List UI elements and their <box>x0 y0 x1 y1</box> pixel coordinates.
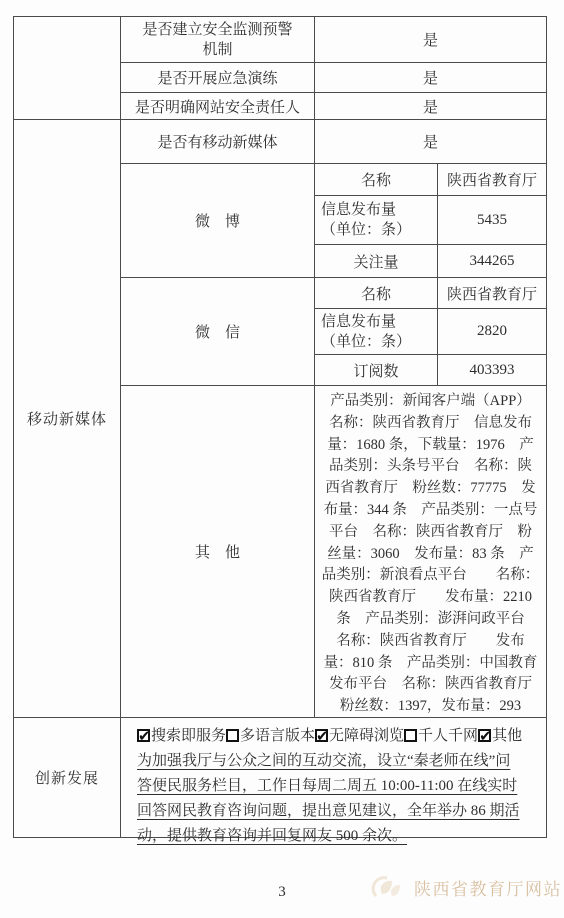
wechat-block: 微 信 名称 陕西省教育厅 信息发布量 （单位：条） 2820 订阅数 4033 <box>121 278 546 386</box>
innovation-text-line: 为加强我厅与公众之间的互动交流，设立“秦老师在线”问 <box>137 749 536 774</box>
emergency-drill-value: 是 <box>315 63 546 92</box>
checkbox-other-icon <box>478 729 491 742</box>
innovation-text-line: 答便民服务栏目，工作日每周二周五 10:00-11:00 在线实时 <box>137 774 536 799</box>
other-text-line: 丝量：3060 发布量：83 条 产 <box>315 544 546 566</box>
category-mobile-media: 移动新媒体 <box>14 120 121 717</box>
table-row: 信息发布量 （单位：条） 2820 <box>315 309 546 355</box>
has-mobile-media-value: 是 <box>315 120 546 163</box>
other-text-line: 名称：陕西省教育厅 发布 <box>315 631 546 653</box>
other-text-line: 量：1680 条，下载量：1976 产 <box>315 435 546 457</box>
watermark: 陕西省教育厅网站 <box>370 874 562 900</box>
category-innovation: 创新发展 <box>14 718 121 837</box>
wechat-posts-value: 2820 <box>438 309 546 354</box>
document-page: 是否建立安全监测预警 机制 是 是否开展应急演练 是 是否明确网站安全责任人 是… <box>0 0 564 918</box>
weibo-posts-value: 5435 <box>438 196 546 244</box>
security-person-label: 是否明确网站安全责任人 <box>121 93 315 119</box>
weibo-posts-label: 信息发布量 （单位：条） <box>315 196 438 244</box>
table-row: 关注量 344265 <box>315 245 546 277</box>
wechat-subscribers-value: 403393 <box>438 355 546 385</box>
table-row: 是否明确网站安全责任人 是 <box>121 93 546 119</box>
other-text-line: 产品类别：新闻客户端（APP） <box>315 391 546 413</box>
innovation-content: 搜索即服务多语言版本无障碍浏览千人千网其他 为加强我厅与公众之间的互动交流，设立… <box>121 718 546 837</box>
wechat-subscribers-label: 订阅数 <box>315 355 438 385</box>
checkbox-personalized-icon <box>404 729 417 742</box>
weibo-name-value: 陕西省教育厅 <box>438 164 546 195</box>
security-person-value: 是 <box>315 93 546 119</box>
checkbox-item: 无障碍浏览 <box>315 728 404 744</box>
wechat-name-label: 名称 <box>315 278 438 308</box>
other-text-line: 西省教育厅 粉丝数：77775 发 <box>315 478 546 500</box>
other-text-line: 粉丝数：1397，发布量：293 <box>315 696 546 718</box>
watermark-text: 陕西省教育厅网站 <box>414 875 562 900</box>
checkbox-item: 千人千网 <box>404 728 478 744</box>
table-row: 信息发布量 （单位：条） 5435 <box>315 196 546 245</box>
table-row: 名称 陕西省教育厅 <box>315 164 546 196</box>
security-monitor-label: 是否建立安全监测预警 机制 <box>121 17 315 62</box>
checkbox-search-service-icon <box>137 729 150 742</box>
other-text-line: 量：810 条 产品类别：中国教育 <box>315 653 546 675</box>
other-text-line: 品类别：新浪看点平台 名称： <box>315 565 546 587</box>
checkbox-multilingual-icon <box>226 729 239 742</box>
mobile-media-section: 移动新媒体 是否有移动新媒体 是 微 博 名称 陕西省教育厅 信息 <box>14 120 546 718</box>
checkbox-label: 其他 <box>492 728 522 744</box>
other-text-line: 陕西省教育厅 发布量：2210 <box>315 587 546 609</box>
other-text-line: 布量：344 条 产品类别：一点号 <box>315 500 546 522</box>
checkbox-item: 其他 <box>478 728 522 744</box>
other-platforms-block: 其 他 产品类别：新闻客户端（APP） 名称：陕西省教育厅 信息发布 量：168… <box>121 386 546 717</box>
weibo-name-label: 名称 <box>315 164 438 195</box>
security-monitor-value: 是 <box>315 17 546 62</box>
table-row: 订阅数 403393 <box>315 355 546 385</box>
other-text-line: 发布平台 名称：陕西省教育厅 <box>315 674 546 696</box>
table-row: 是否建立安全监测预警 机制 是 <box>121 17 546 63</box>
weibo-block: 微 博 名称 陕西省教育厅 信息发布量 （单位：条） 5435 关注量 3442 <box>121 164 546 278</box>
table-row: 是否有移动新媒体 是 <box>121 120 546 164</box>
other-text-line: 名称：陕西省教育厅 信息发布 <box>315 413 546 435</box>
watermark-logo-icon <box>370 874 410 900</box>
checkbox-label: 多语言版本 <box>240 728 315 744</box>
innovation-text-line: 动，提供教育咨询并回复网友 500 余次。 <box>137 824 536 849</box>
innovation-text-line: 回答网民教育咨询问题，提出意见建议，全年举办 86 期活 <box>137 799 536 824</box>
other-platforms-text: 产品类别：新闻客户端（APP） 名称：陕西省教育厅 信息发布 量：1680 条，… <box>315 386 546 717</box>
other-label: 其 他 <box>121 386 315 717</box>
checkbox-item: 多语言版本 <box>226 728 315 744</box>
emergency-drill-label: 是否开展应急演练 <box>121 63 315 92</box>
checkbox-accessibility-icon <box>315 729 328 742</box>
other-text-line: 品类别：头条号平台 名称：陕 <box>315 456 546 478</box>
other-text-line: 条 产品类别：澎湃问政平台 <box>315 609 546 631</box>
other-text-line: 平台 名称：陕西省教育厅 粉 <box>315 522 546 544</box>
checkbox-label: 无障碍浏览 <box>329 728 404 744</box>
wechat-label: 微 信 <box>121 278 315 385</box>
checkbox-label: 千人千网 <box>418 728 478 744</box>
table-row: 名称 陕西省教育厅 <box>315 278 546 309</box>
security-section: 是否建立安全监测预警 机制 是 是否开展应急演练 是 是否明确网站安全责任人 是 <box>14 17 546 120</box>
wechat-name-value: 陕西省教育厅 <box>438 278 546 308</box>
weibo-label: 微 博 <box>121 164 315 277</box>
has-mobile-media-label: 是否有移动新媒体 <box>121 120 315 163</box>
category-cell-empty <box>14 17 121 119</box>
wechat-posts-label: 信息发布量 （单位：条） <box>315 309 438 354</box>
report-table: 是否建立安全监测预警 机制 是 是否开展应急演练 是 是否明确网站安全责任人 是… <box>13 16 547 838</box>
innovation-checkbox-row: 搜索即服务多语言版本无障碍浏览千人千网其他 <box>137 725 536 748</box>
weibo-followers-label: 关注量 <box>315 245 438 277</box>
weibo-followers-value: 344265 <box>438 245 546 277</box>
innovation-section: 创新发展 搜索即服务多语言版本无障碍浏览千人千网其他 为加强我厅与公众之间的互动… <box>14 718 546 837</box>
checkbox-item: 搜索即服务 <box>137 728 226 744</box>
table-row: 是否开展应急演练 是 <box>121 63 546 93</box>
checkbox-label: 搜索即服务 <box>151 728 226 744</box>
